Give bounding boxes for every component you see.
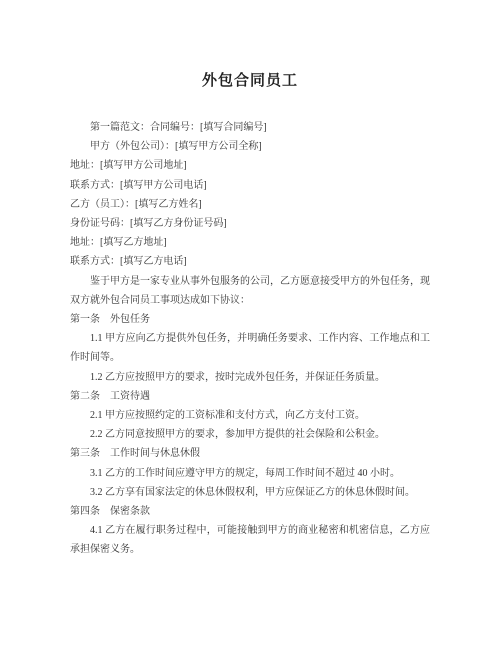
paragraph: 甲方（外包公司）：[填写甲方公司全称] bbox=[70, 137, 430, 156]
clause-heading: 第四条 保密条款 bbox=[70, 502, 430, 521]
paragraph: 身份证号码：[填写乙方身份证号码] bbox=[70, 214, 430, 233]
document-title: 外包合同员工 bbox=[70, 70, 430, 92]
paragraph: 地址：[填写甲方公司地址] bbox=[70, 156, 430, 175]
paragraph: 4.1 乙方在履行职务过程中，可能接触到甲方的商业秘密和机密信息，乙方应承担保密… bbox=[70, 521, 430, 559]
document-page: 外包合同员工 第一篇范文：合同编号：[填写合同编号]甲方（外包公司）：[填写甲方… bbox=[0, 0, 500, 647]
paragraph: 第一篇范文：合同编号：[填写合同编号] bbox=[70, 118, 430, 137]
paragraph: 1.1 甲方应向乙方提供外包任务，并明确任务要求、工作内容、工作地点和工作时间等… bbox=[70, 329, 430, 367]
document-body: 第一篇范文：合同编号：[填写合同编号]甲方（外包公司）：[填写甲方公司全称]地址… bbox=[70, 118, 430, 560]
paragraph: 联系方式：[填写甲方公司电话] bbox=[70, 176, 430, 195]
paragraph: 3.1 乙方的工作时间应遵守甲方的规定，每周工作时间不超过 40 小时。 bbox=[70, 464, 430, 483]
paragraph: 地址：[填写乙方地址] bbox=[70, 233, 430, 252]
paragraph: 1.2 乙方应按照甲方的要求，按时完成外包任务，并保证任务质量。 bbox=[70, 368, 430, 387]
paragraph: 3.2 乙方享有国家法定的休息休假权利，甲方应保证乙方的休息休假时间。 bbox=[70, 483, 430, 502]
paragraph: 鉴于甲方是一家专业从事外包服务的公司，乙方愿意接受甲方的外包任务，现双方就外包合… bbox=[70, 272, 430, 310]
paragraph: 乙方（员工）：[填写乙方姓名] bbox=[70, 195, 430, 214]
paragraph: 联系方式：[填写乙方电话] bbox=[70, 252, 430, 271]
paragraph: 2.1 甲方应按照约定的工资标准和支付方式，向乙方支付工资。 bbox=[70, 406, 430, 425]
paragraph: 2.2 乙方同意按照甲方的要求，参加甲方提供的社会保险和公积金。 bbox=[70, 425, 430, 444]
clause-heading: 第一条 外包任务 bbox=[70, 310, 430, 329]
clause-heading: 第三条 工作时间与休息休假 bbox=[70, 444, 430, 463]
clause-heading: 第二条 工资待遇 bbox=[70, 387, 430, 406]
